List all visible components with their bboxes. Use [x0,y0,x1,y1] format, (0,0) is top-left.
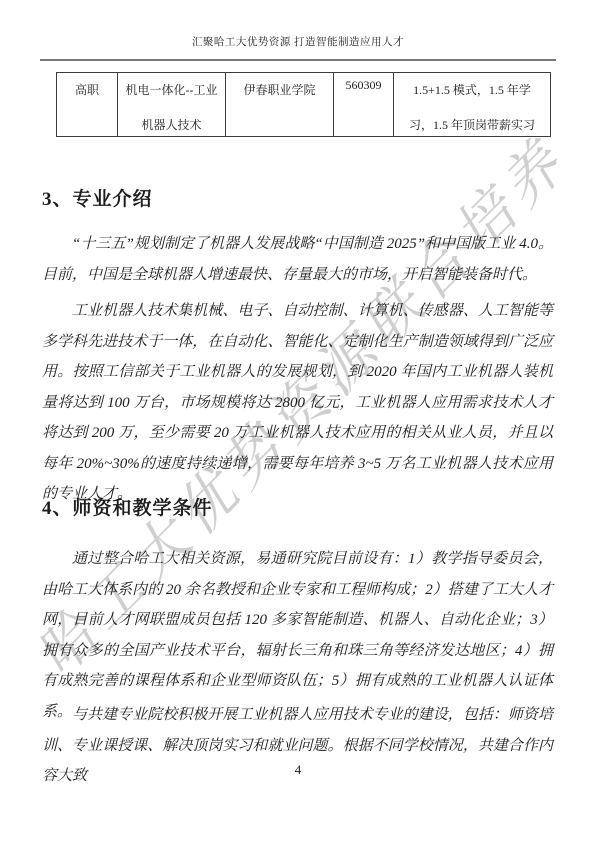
program-table-row: 高职 机电一体化--工业机器人技术 伊春职业学院 560309 1.5+1.5 … [56,72,551,137]
table-cell-level: 高职 [57,73,118,136]
section-heading-faculty-teaching: 4、师资和教学条件 [42,493,213,520]
page-number: 4 [0,762,596,778]
table-cell-code: 560309 [334,73,394,136]
paragraph-major-intro-1: “十三五”规划制定了机器人发展战略“中国制造 2025”和中国版工业 4.0。目… [42,229,553,290]
table-cell-mode: 1.5+1.5 模式，1.5 年学习，1.5 年顶岗带薪实习 [394,73,550,136]
table-cell-school: 伊春职业学院 [226,73,334,136]
table-cell-major: 机电一体化--工业机器人技术 [118,73,226,136]
paragraph-major-intro-2: 工业机器人技术集机械、电子、自动控制、计算机、传感器、人工智能等多学科先进技术于… [42,296,553,510]
document-page: 哈工大优势资源联合培养 汇聚哈工大优势资源 打造智能制造应用人才 高职 机电一体… [0,0,596,842]
header-divider [40,59,556,61]
section-heading-major-intro: 3、专业介绍 [42,184,153,211]
page-header-title: 汇聚哈工大优势资源 打造智能制造应用人才 [0,34,596,49]
